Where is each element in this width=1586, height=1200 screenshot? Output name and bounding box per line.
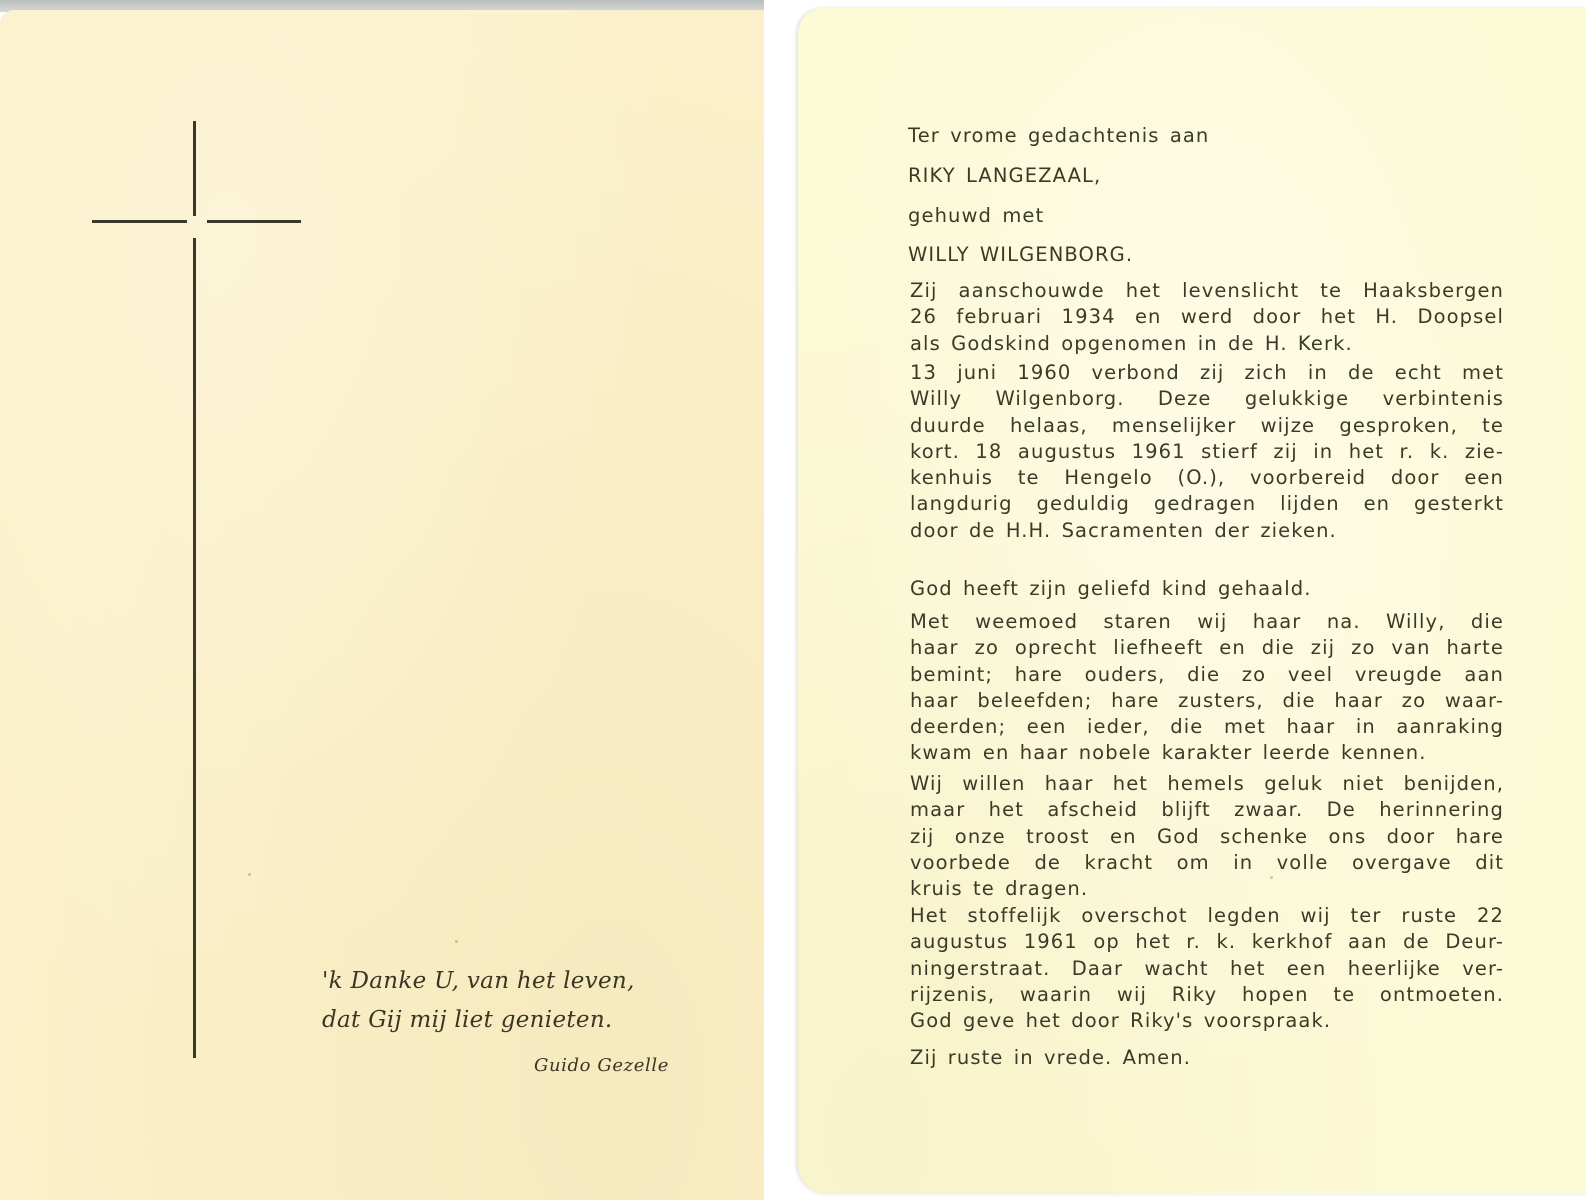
text-line: deerden; een ieder, die met haar in aanr… <box>910 714 1504 740</box>
cross-horizontal-left <box>92 220 187 223</box>
cross-horizontal-right <box>207 220 301 223</box>
text-line: door de H.H. Sacramenten der zieken. <box>910 518 1504 544</box>
text-line: als Godskind opgenomen in de H. Kerk. <box>910 331 1504 357</box>
text-line: kruis te dragen. <box>910 876 1504 902</box>
married-label: gehuwd met <box>908 204 1044 227</box>
text-line: God geve het door Riky's voorspraak. <box>910 1008 1504 1034</box>
paragraph-mourning: Met weemoed staren wij haar na. Willy, d… <box>910 609 1504 767</box>
text-line: 26 februari 1934 en werd door het H. Doo… <box>910 304 1504 330</box>
paragraph-consolation: Wij willen haar het hemels geluk niet be… <box>910 771 1504 902</box>
quote-line: 'k Danke U, van het leven, <box>322 962 690 1001</box>
text-line: kort. 18 augustus 1961 stierf zij in het… <box>910 439 1504 465</box>
paper-speck <box>1270 876 1273 879</box>
text-line: 13 juni 1960 verbond zij zich in de echt… <box>910 360 1504 386</box>
text-line: zij onze troost en God schenke ons door … <box>910 824 1504 850</box>
cross-vertical-top <box>193 121 196 216</box>
paragraph-god-called: God heeft zijn geliefd kind gehaald. <box>910 576 1504 602</box>
text-line: rijzenis, waarin wij Riky hopen te ontmo… <box>910 982 1504 1008</box>
spouse-name: WILLY WILGENBORG. <box>908 243 1133 266</box>
text-line: Het stoffelijk overschot legden wij ter … <box>910 903 1504 929</box>
text-line: kwam en haar nobele karakter leerde kenn… <box>910 740 1504 766</box>
text-line: Willy Wilgenborg. Deze gelukkige verbint… <box>910 386 1504 412</box>
text-line: ningerstraat. Daar wacht het een heerlij… <box>910 956 1504 982</box>
paragraph-birth: Zij aanschouwde het levenslicht te Haaks… <box>910 278 1504 357</box>
text-line: haar beleefden; hare zusters, die haar z… <box>910 688 1504 714</box>
cross-vertical-bottom <box>193 238 196 1058</box>
text-line: augustus 1961 op het r. k. kerkhof aan d… <box>910 929 1504 955</box>
paragraph-burial: Het stoffelijk overschot legden wij ter … <box>910 903 1504 1034</box>
text-line: duurde helaas, menselijker wijze gesprok… <box>910 413 1504 439</box>
text-line: God heeft zijn geliefd kind gehaald. <box>910 576 1504 602</box>
scanned-memorial-card: 'k Danke U, van het leven, dat Gij mij l… <box>0 0 1586 1200</box>
quote-author: Guido Gezelle <box>534 1055 694 1076</box>
deceased-name: RIKY LANGEZAAL, <box>908 164 1101 187</box>
quote-line: dat Gij mij liet genieten. <box>322 1001 690 1040</box>
text-line: kenhuis te Hengelo (O.), voorbereid door… <box>910 465 1504 491</box>
text-line: Zij ruste in vrede. Amen. <box>910 1045 1504 1071</box>
text-line: Zij aanschouwde het levenslicht te Haaks… <box>910 278 1504 304</box>
text-line: voorbede de kracht om in volle overgave … <box>910 850 1504 876</box>
text-line: bemint; hare ouders, die zo veel vreugde… <box>910 662 1504 688</box>
memorial-intro: Ter vrome gedachtenis aan <box>908 124 1209 147</box>
text-line: Met weemoed staren wij haar na. Willy, d… <box>910 609 1504 635</box>
poem-quote: 'k Danke U, van het leven, dat Gij mij l… <box>322 962 690 1040</box>
text-line: maar het afscheid blijft zwaar. De herin… <box>910 797 1504 823</box>
text-line: haar zo oprecht liefheeft en die zij zo … <box>910 635 1504 661</box>
paragraph-rest-in-peace: Zij ruste in vrede. Amen. <box>910 1045 1504 1071</box>
paragraph-marriage-death: 13 juni 1960 verbond zij zich in de echt… <box>910 360 1504 544</box>
text-line: langdurig geduldig gedragen lijden en ge… <box>910 491 1504 517</box>
text-line: Wij willen haar het hemels geluk niet be… <box>910 771 1504 797</box>
paper-speck <box>248 873 251 876</box>
paper-speck <box>455 940 458 943</box>
